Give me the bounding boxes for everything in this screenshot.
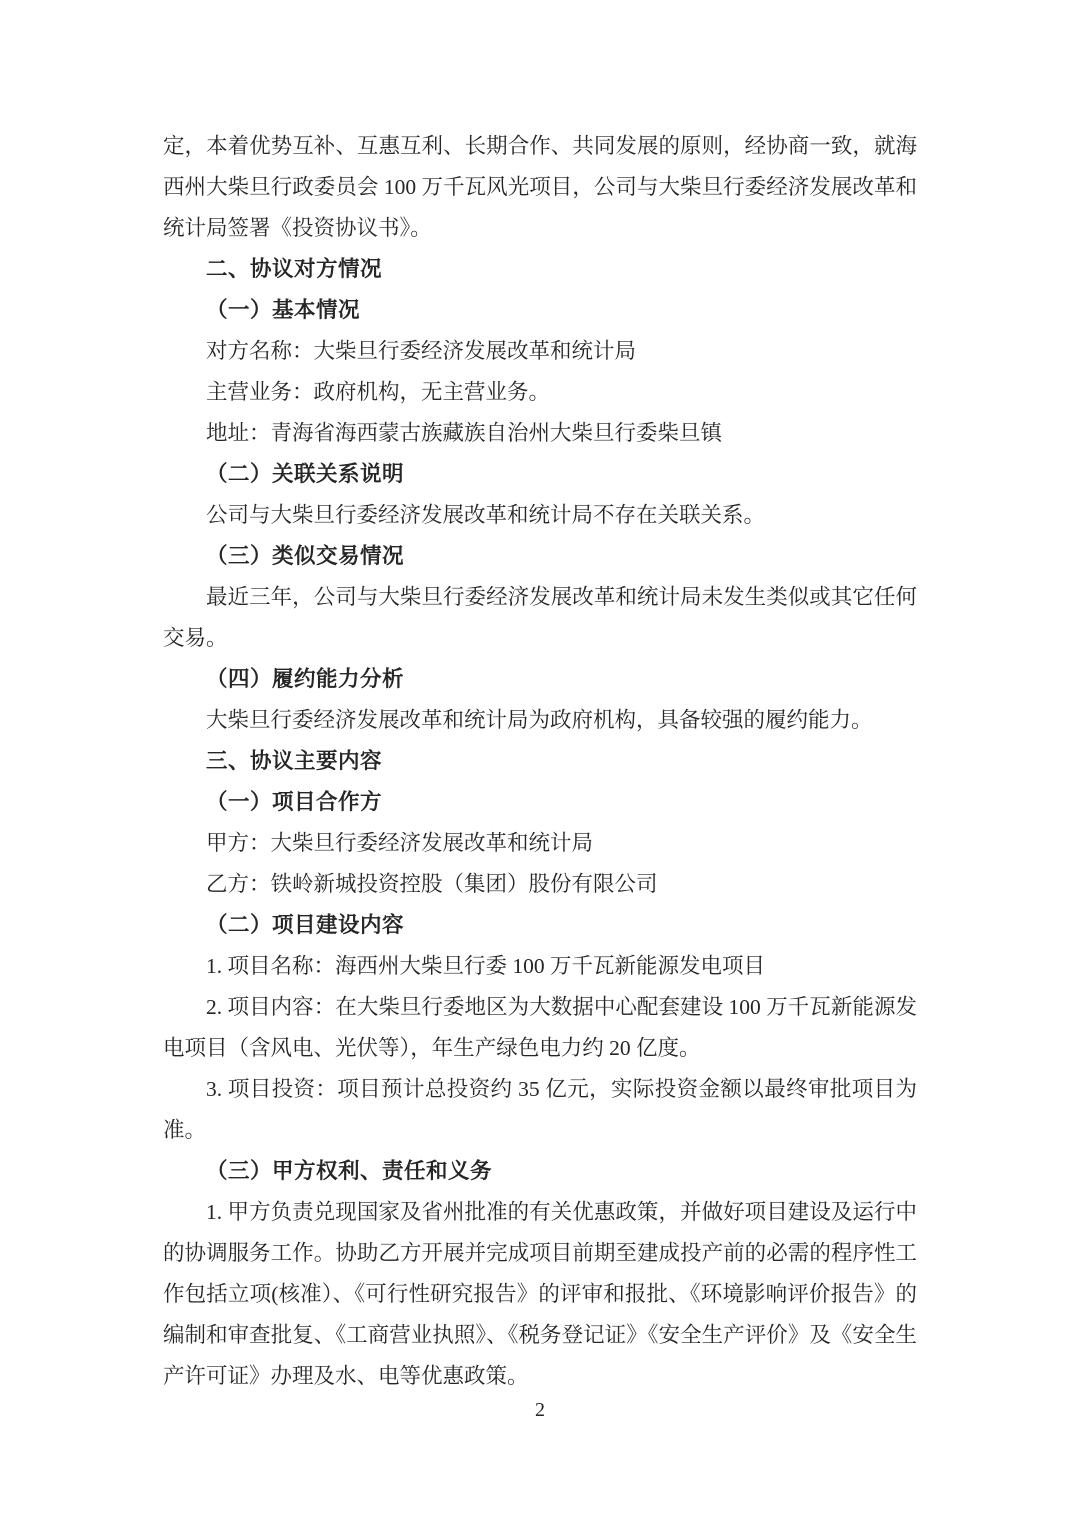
paragraph-project-invest: 3. 项目投资：项目预计总投资约 35 亿元，实际投资金额以最终审批项目为准。 [163, 1069, 917, 1151]
paragraph-similar-deals: 最近三年，公司与大柴旦行委经济发展改革和统计局未发生类似或其它任何交易。 [163, 577, 917, 659]
section-heading-2: 二、协议对方情况 [163, 249, 917, 290]
paragraph-relationship: 公司与大柴旦行委经济发展改革和统计局不存在关联关系。 [163, 495, 917, 536]
subsection-heading-2-4: （四）履约能力分析 [163, 659, 917, 700]
paragraph-main-business: 主营业务：政府机构，无主营业务。 [163, 372, 917, 413]
paragraph-address: 地址：青海省海西蒙古族藏族自治州大柴旦行委柴旦镇 [163, 413, 917, 454]
document-content: 定，本着优势互补、互惠互利、长期合作、共同发展的原则，经协商一致，就海西州大柴旦… [163, 126, 917, 1397]
subsection-heading-3-1: （一）项目合作方 [163, 782, 917, 823]
section-heading-3: 三、协议主要内容 [163, 741, 917, 782]
paragraph-project-name: 1. 项目名称：海西州大柴旦行委 100 万千瓦新能源发电项目 [163, 946, 917, 987]
paragraph-project-content: 2. 项目内容：在大柴旦行委地区为大数据中心配套建设 100 万千瓦新能源发电项… [163, 987, 917, 1069]
page-number: 2 [0, 1398, 1080, 1422]
paragraph-counterparty-name: 对方名称：大柴旦行委经济发展改革和统计局 [163, 331, 917, 372]
paragraph-party-b: 乙方：铁岭新城投资控股（集团）股份有限公司 [163, 864, 917, 905]
subsection-heading-2-3: （三）类似交易情况 [163, 536, 917, 577]
paragraph-performance: 大柴旦行委经济发展改革和统计局为政府机构，具备较强的履约能力。 [163, 700, 917, 741]
paragraph-party-a: 甲方：大柴旦行委经济发展改革和统计局 [163, 823, 917, 864]
subsection-heading-2-1: （一）基本情况 [163, 290, 917, 331]
paragraph-continuation: 定，本着优势互补、互惠互利、长期合作、共同发展的原则，经协商一致，就海西州大柴旦… [163, 126, 917, 249]
subsection-heading-3-2: （二）项目建设内容 [163, 905, 917, 946]
document-page: 定，本着优势互补、互惠互利、长期合作、共同发展的原则，经协商一致，就海西州大柴旦… [0, 0, 1080, 1527]
paragraph-party-a-duties: 1. 甲方负责兑现国家及省州批准的有关优惠政策，并做好项目建设及运行中的协调服务… [163, 1192, 917, 1397]
subsection-heading-2-2: （二）关联关系说明 [163, 454, 917, 495]
subsection-heading-3-3: （三）甲方权利、责任和义务 [163, 1151, 917, 1192]
